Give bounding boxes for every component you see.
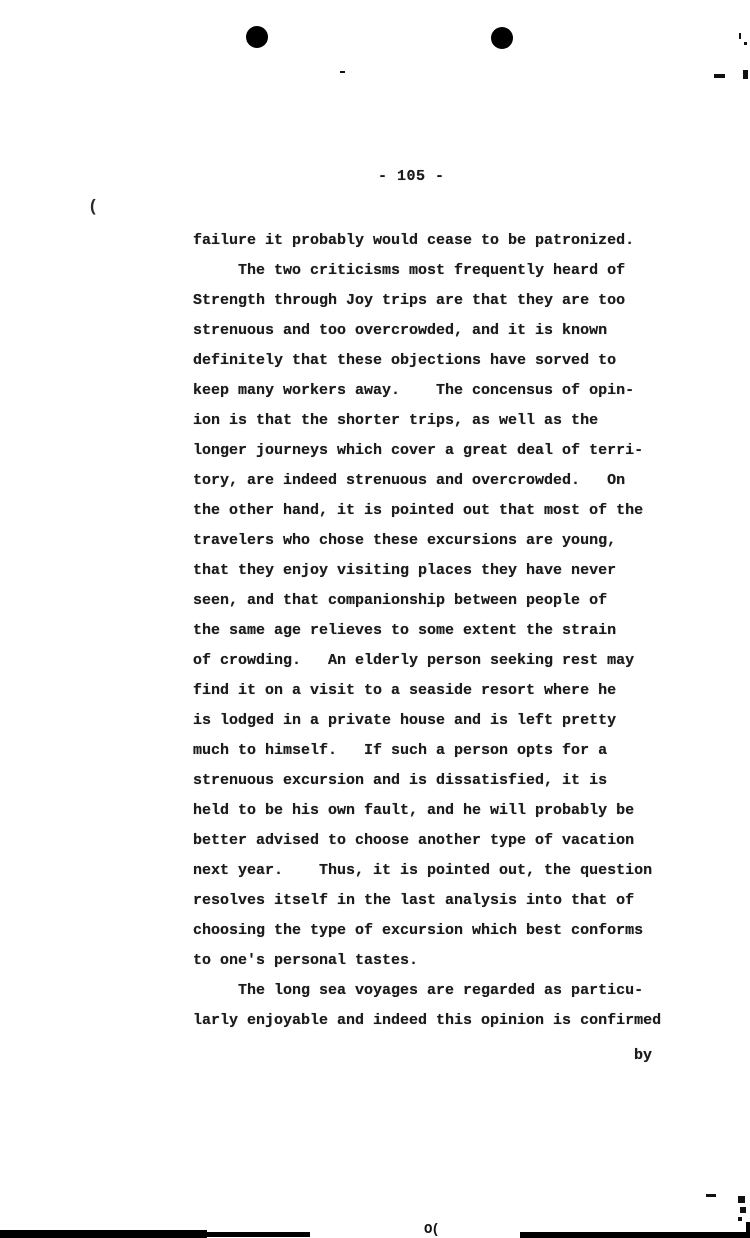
text-line: next year. Thus, it is pointed out, the … [193, 856, 661, 886]
scan-noise-speck [743, 70, 748, 79]
bottom-stray-mark: O( [424, 1222, 439, 1238]
scan-noise-speck [739, 33, 741, 39]
text-line: the same age relieves to some extent the… [193, 616, 661, 646]
text-line: strenuous excursion and is dissatisfied,… [193, 766, 661, 796]
text-line: The two criticisms most frequently heard… [193, 256, 661, 286]
scanned-document-page: - 105 - ( failure it probably would ceas… [0, 0, 750, 1238]
text-line: that they enjoy visiting places they hav… [193, 556, 661, 586]
page-number: - 105 - [378, 168, 445, 185]
text-line: better advised to choose another type of… [193, 826, 661, 856]
text-line: the other hand, it is pointed out that m… [193, 496, 661, 526]
text-line: seen, and that companionship between peo… [193, 586, 661, 616]
margin-stray-mark: ( [88, 198, 98, 217]
text-line: tory, are indeed strenuous and overcrowd… [193, 466, 661, 496]
scan-noise-speck [738, 1217, 742, 1221]
catchword: by [634, 1047, 652, 1064]
scan-noise-speck [706, 1194, 716, 1197]
scan-noise-speck [738, 1196, 745, 1203]
punch-hole-left [246, 26, 268, 48]
text-line: is lodged in a private house and is left… [193, 706, 661, 736]
text-line: much to himself. If such a person opts f… [193, 736, 661, 766]
text-line: to one's personal tastes. [193, 946, 661, 976]
text-line: The long sea voyages are regarded as par… [193, 976, 661, 1006]
scan-edge-bar [520, 1232, 750, 1238]
text-line: of crowding. An elderly person seeking r… [193, 646, 661, 676]
text-line: find it on a visit to a seaside resort w… [193, 676, 661, 706]
text-line: choosing the type of excursion which bes… [193, 916, 661, 946]
text-line: failure it probably would cease to be pa… [193, 226, 661, 256]
scan-noise-speck [340, 71, 345, 73]
scan-noise-speck [714, 74, 725, 78]
scan-edge-bar [0, 1230, 207, 1238]
text-line: larly enjoyable and indeed this opinion … [193, 1006, 661, 1036]
scan-edge-bar [207, 1232, 310, 1237]
text-line: resolves itself in the last analysis int… [193, 886, 661, 916]
text-line: held to be his own fault, and he will pr… [193, 796, 661, 826]
text-line: travelers who chose these excursions are… [193, 526, 661, 556]
text-line: ion is that the shorter trips, as well a… [193, 406, 661, 436]
body-text-block: failure it probably would cease to be pa… [193, 226, 661, 1036]
scan-noise-speck [744, 42, 747, 45]
scan-noise-speck [740, 1207, 746, 1213]
scan-edge-bar [746, 1222, 750, 1238]
text-line: keep many workers away. The concensus of… [193, 376, 661, 406]
text-line: strenuous and too overcrowded, and it is… [193, 316, 661, 346]
text-line: definitely that these objections have so… [193, 346, 661, 376]
text-line: longer journeys which cover a great deal… [193, 436, 661, 466]
text-line: Strength through Joy trips are that they… [193, 286, 661, 316]
punch-hole-right [491, 27, 513, 49]
